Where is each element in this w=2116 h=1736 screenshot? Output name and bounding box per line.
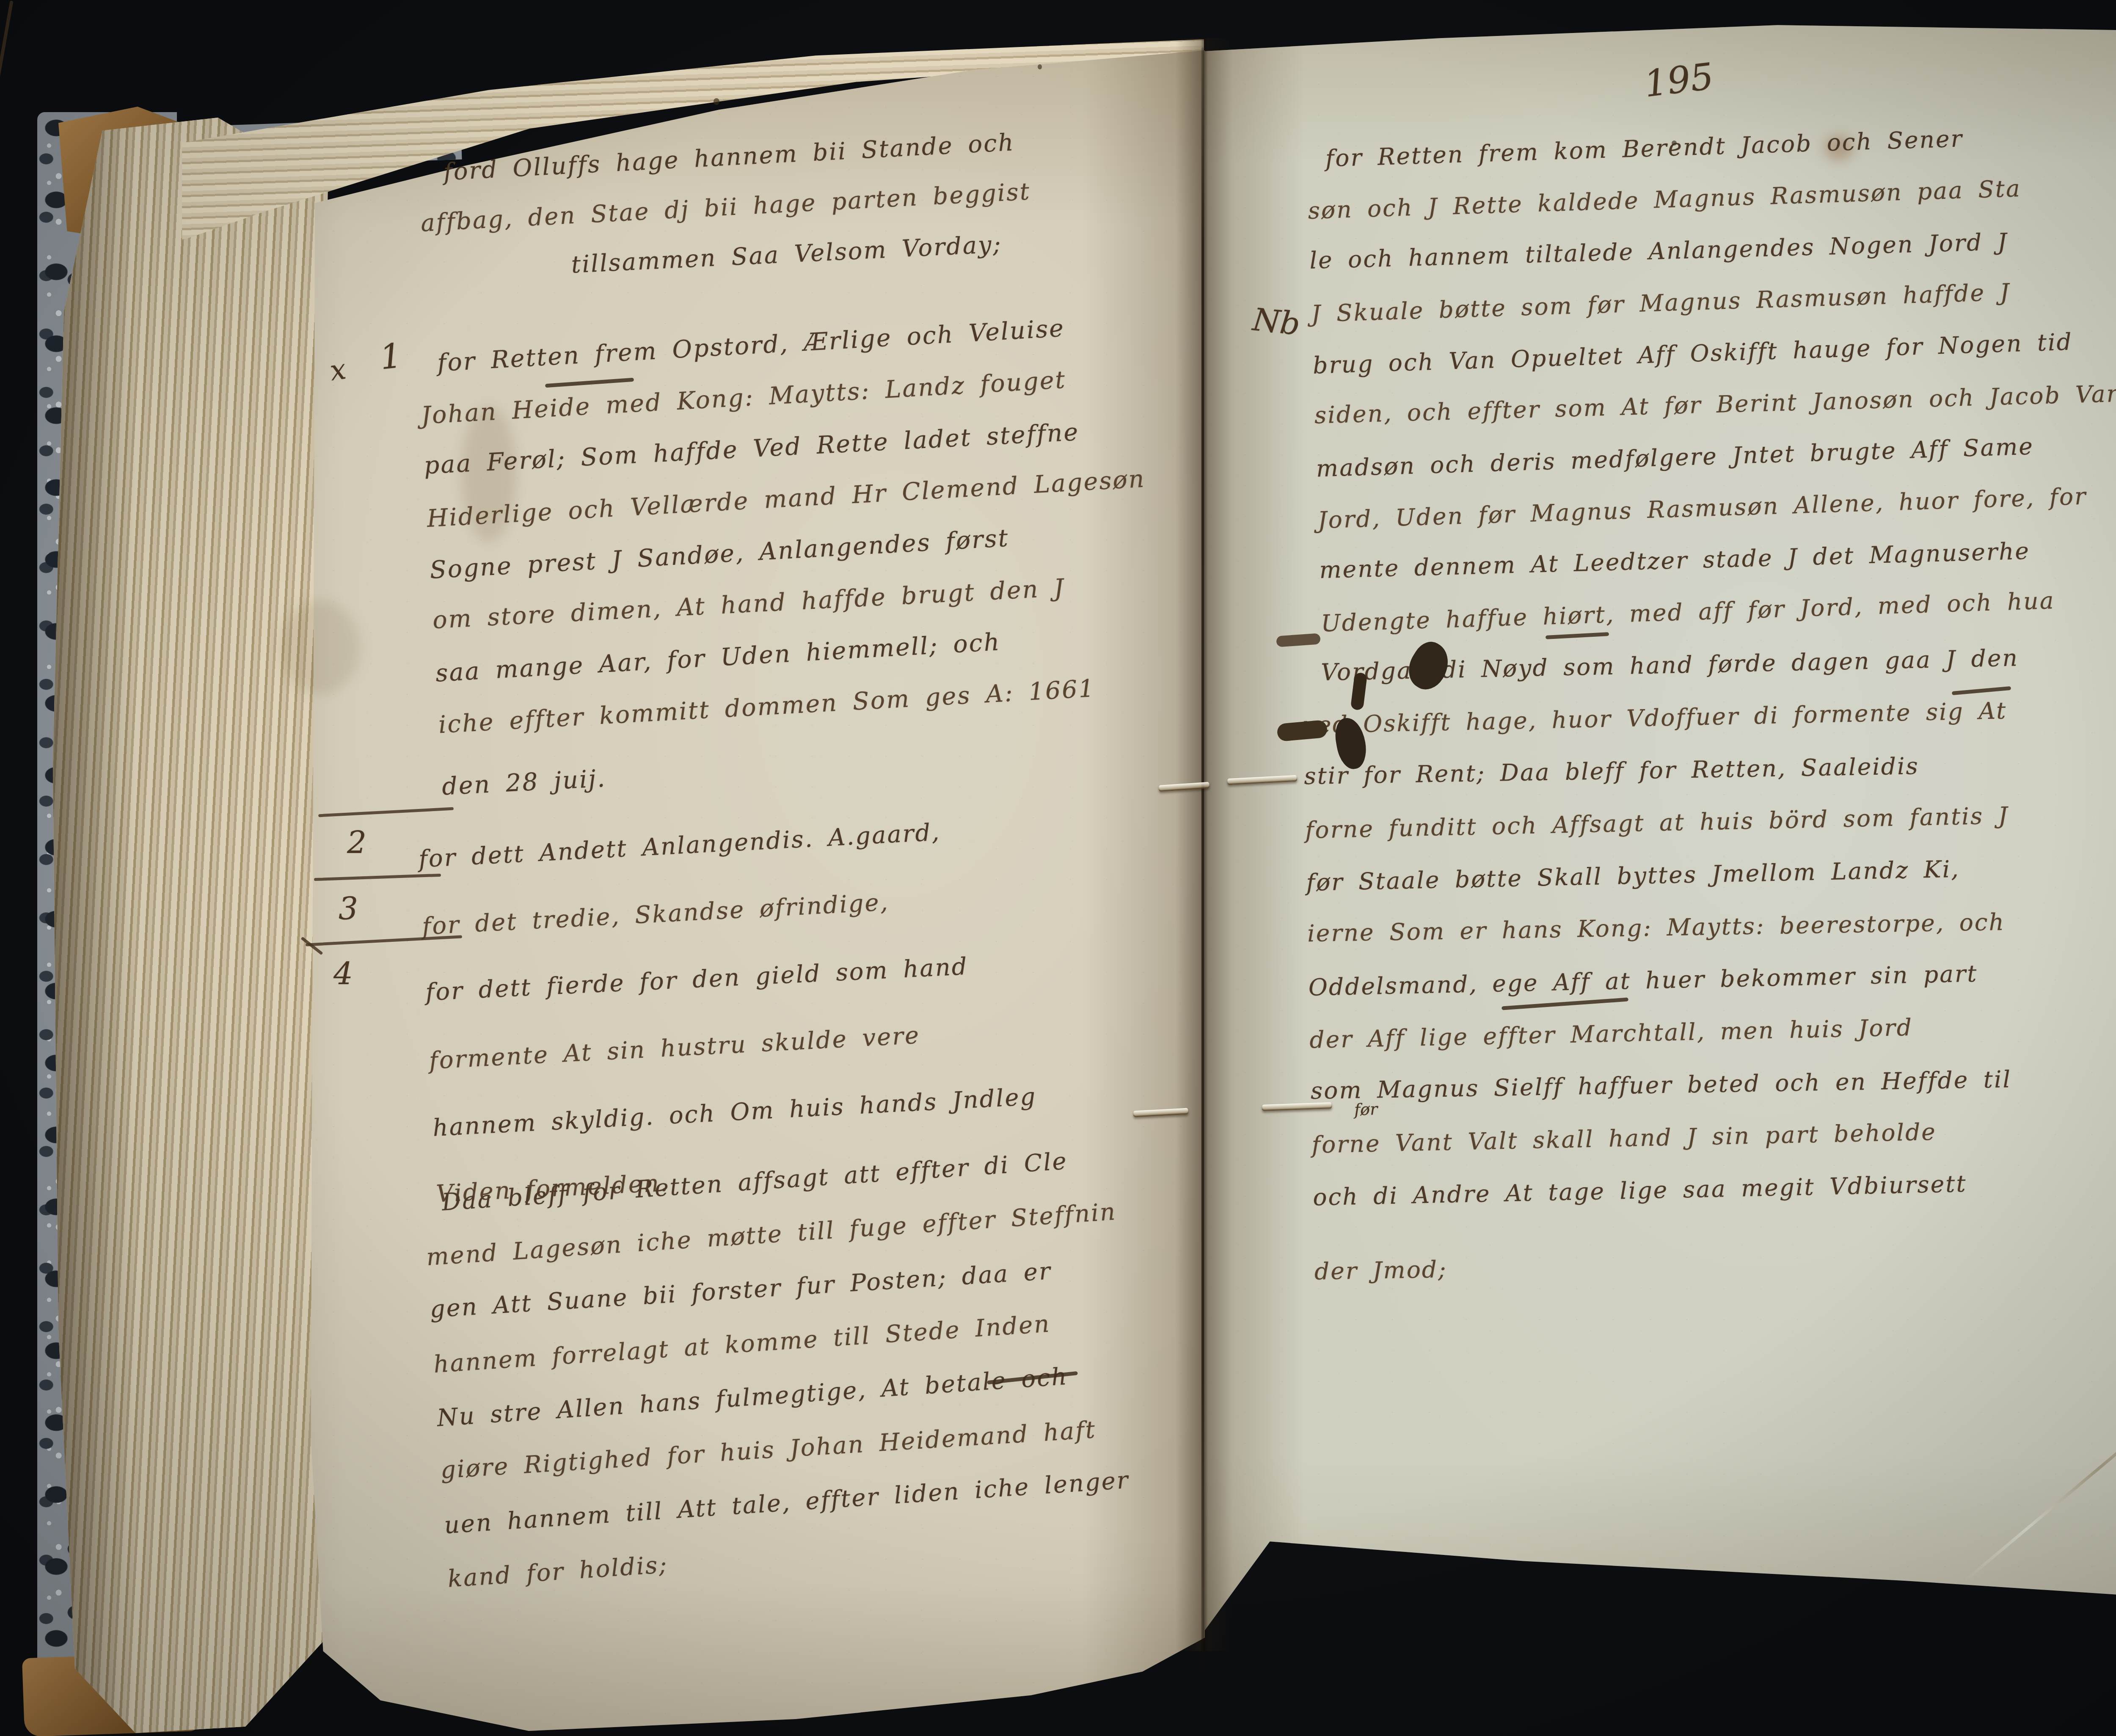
- interline-insertion-word: før: [1354, 1100, 1378, 1119]
- pen-stroke: [0, 0, 14, 114]
- right-page-paragraph-2: Vordgaa di Nøyd som hand førde dagen gaa…: [1301, 632, 2032, 1299]
- page-edge-stack-left: [53, 118, 328, 1733]
- left-page-paragraph-1: ford Olluffs hage hannem bii Stande och …: [417, 117, 1034, 298]
- book-gutter: [1201, 47, 1204, 1675]
- ink-speck: [1672, 140, 1677, 146]
- right-page-paragraph-1: for Retten frem kom Berendt Jacob och Se…: [1306, 107, 2116, 649]
- margin-number-3: 3: [339, 891, 358, 927]
- manuscript-photo: ford Olluffs hage hannem bii Stande och …: [0, 0, 2116, 1736]
- ink-speck: [714, 98, 719, 105]
- margin-number-1: 1: [378, 336, 403, 377]
- page-number: 195: [1642, 55, 1716, 105]
- ink-speck: [1038, 64, 1042, 69]
- left-page-paragraph-2: for Retten frem Opstord, Ærlige och Velu…: [417, 298, 1162, 814]
- margin-number-2: 2: [347, 825, 366, 861]
- margin-number-4: 4: [333, 956, 353, 992]
- left-page-paragraph-3: Daa bleff for Retten affsagt att effter …: [421, 1131, 1140, 1606]
- margin-note-nb: Nb: [1251, 301, 1302, 342]
